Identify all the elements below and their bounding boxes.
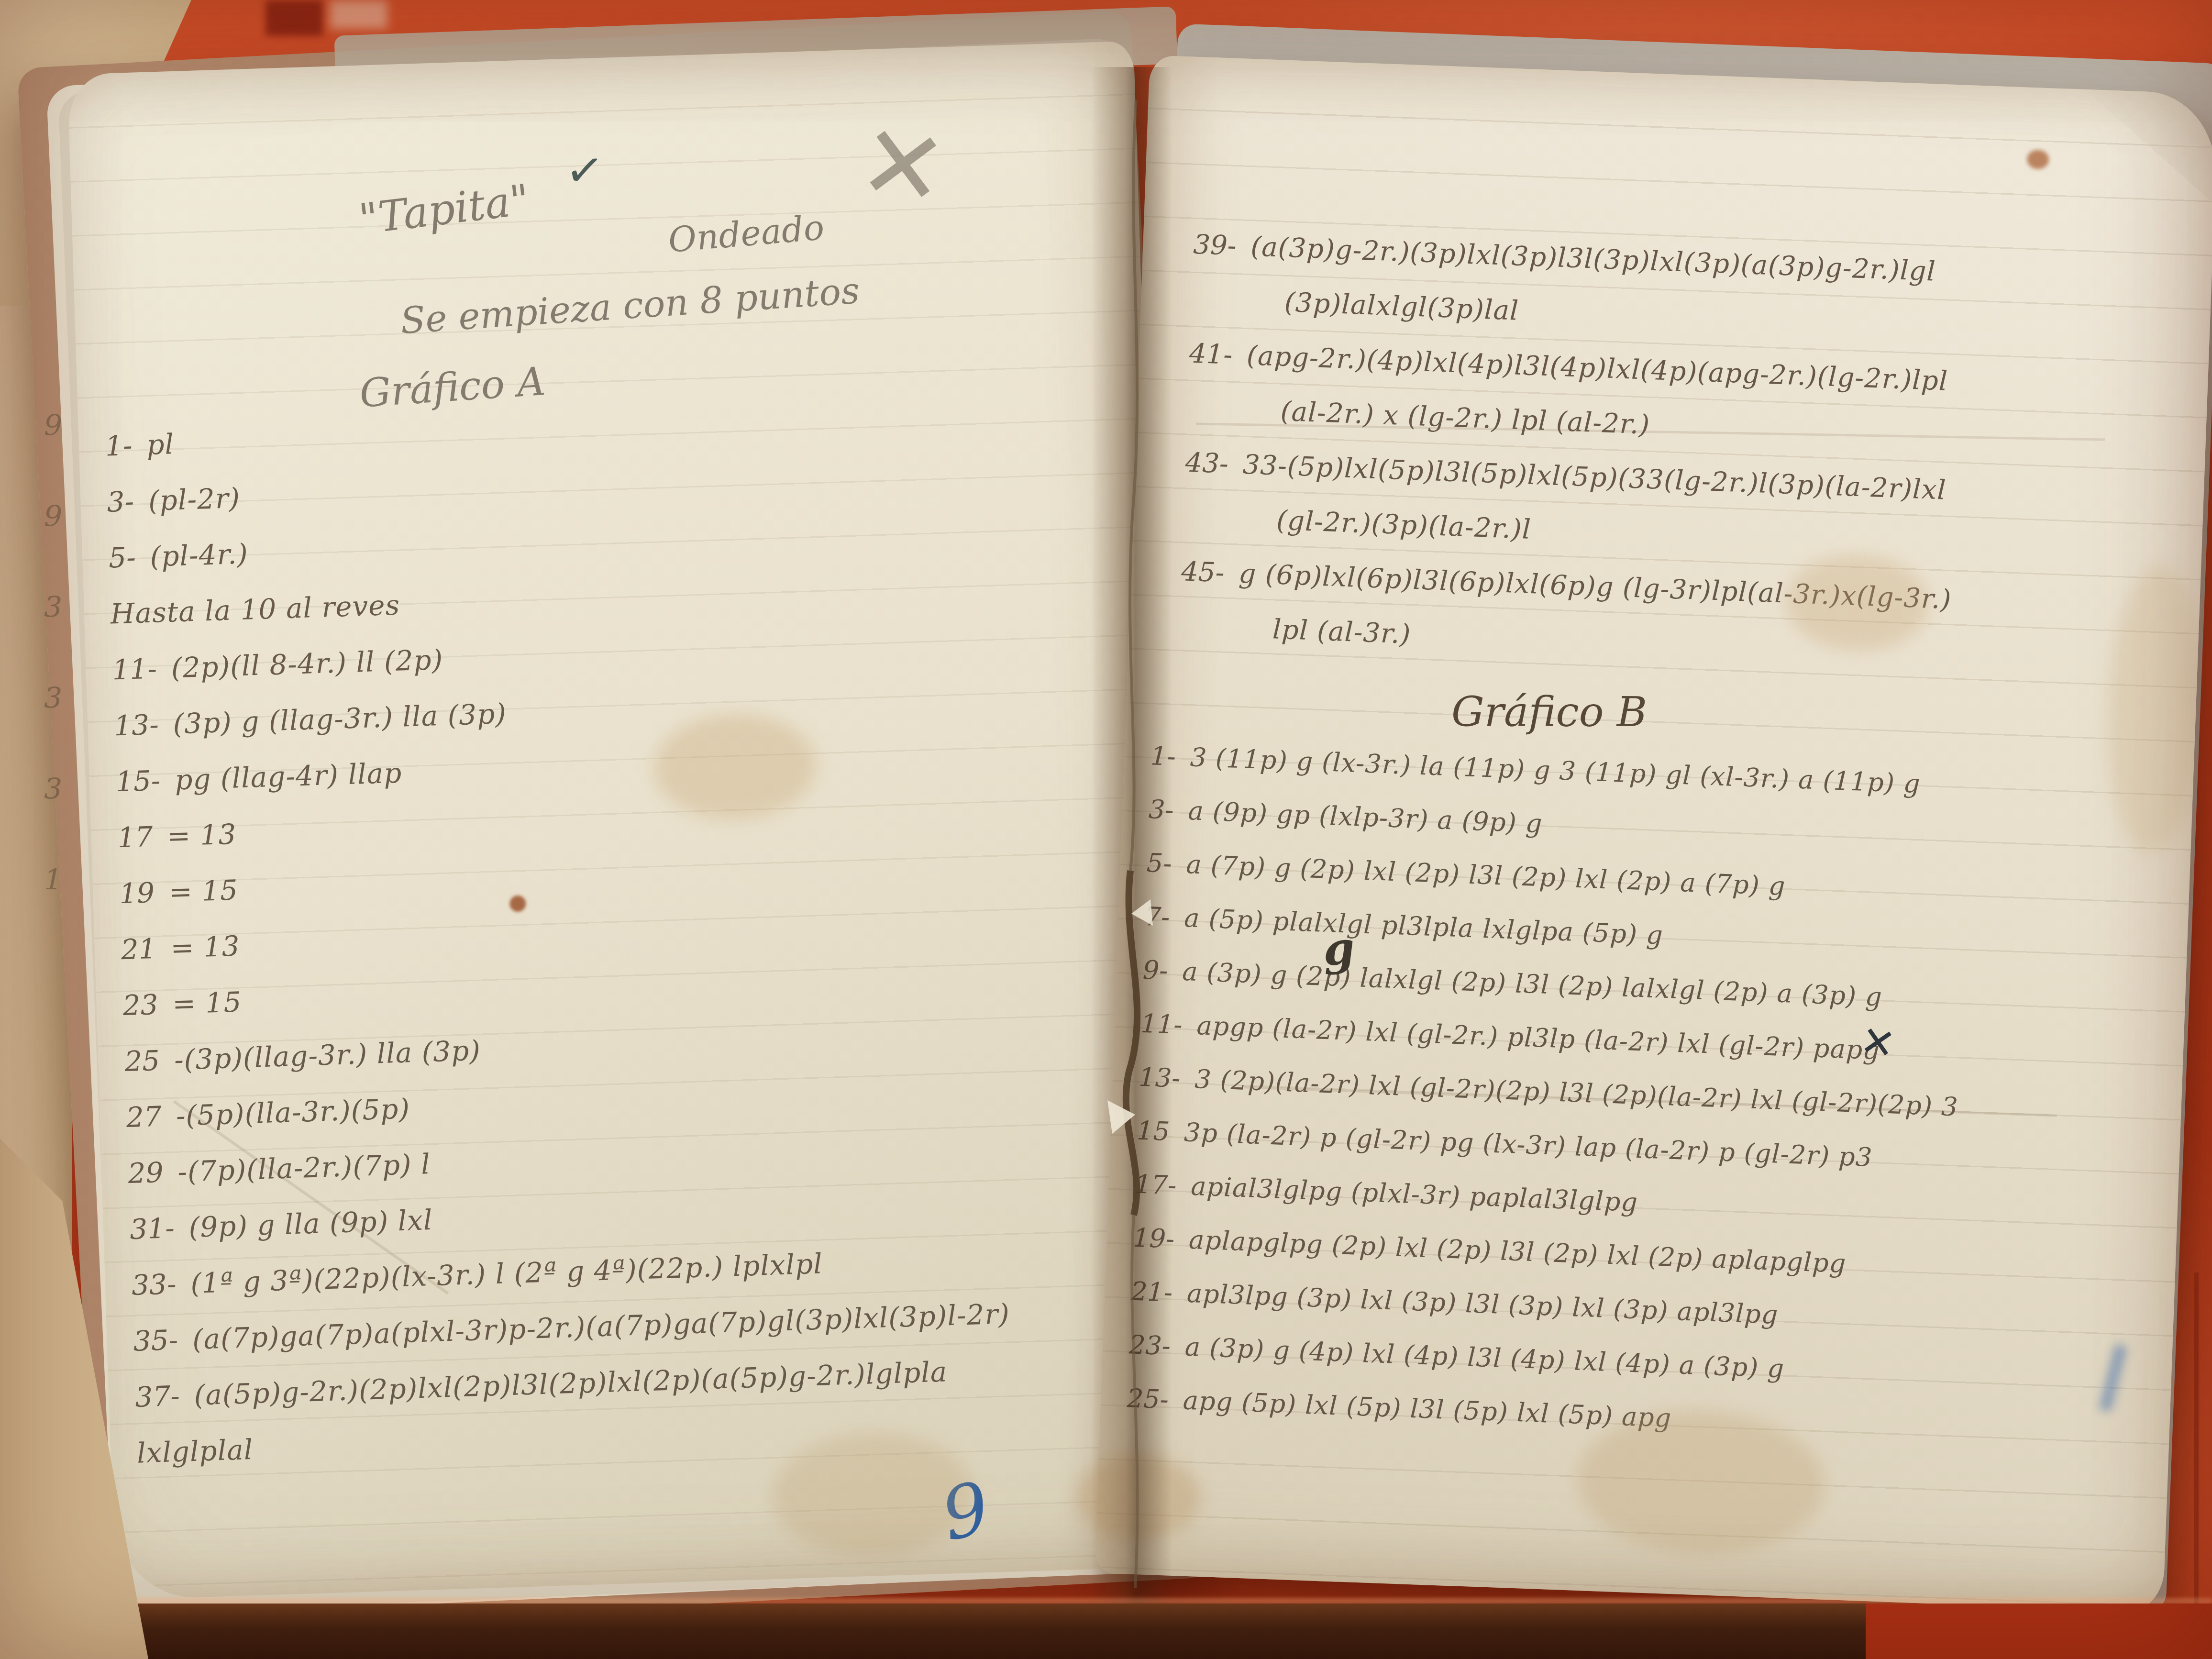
line-text: pg (llag-4r) llap xyxy=(174,757,402,796)
line-number: 33- xyxy=(131,1268,177,1302)
line-number: 11- xyxy=(112,653,157,686)
edge-digit: 9 xyxy=(44,500,62,533)
line-number: 15- xyxy=(115,764,161,798)
ink-correction-g: g xyxy=(1321,922,1356,976)
x-mark-icon: ✕ xyxy=(852,100,954,231)
background-object-light xyxy=(330,0,387,29)
line-number: 41- xyxy=(1189,338,1233,371)
line-number: 1- xyxy=(105,429,133,463)
line-text: = 13 xyxy=(166,818,237,853)
line-number: 3- xyxy=(106,485,134,519)
line-number: 19 xyxy=(119,876,155,910)
line-text: = 15 xyxy=(172,985,242,1020)
edge-digit: 1 xyxy=(44,863,62,897)
grafico-b-heading: Gráfico B xyxy=(1451,688,1647,736)
glass-edge-line xyxy=(2194,1272,2199,1617)
line-text: = 15 xyxy=(168,874,239,908)
line-text: (9p) g lla (9p) lxl xyxy=(188,1204,433,1244)
line-text: = 13 xyxy=(170,929,241,964)
notebook-title: "Tapita" xyxy=(356,175,532,244)
line-text: pl xyxy=(146,428,175,461)
page-number: 9 xyxy=(935,1466,996,1557)
line-number: 17 xyxy=(117,820,154,854)
right-page-top-lines: 39-(a(3p)g-2r.)(3p)lxl(3p)l3l(3p)lxl(3p)… xyxy=(1178,229,1964,693)
left-page-lines: 1-pl3-(pl-2r)5-(pl-4r.)Hasta la 10 al re… xyxy=(105,402,1015,1493)
right-page-lines: 1-3 (11p) g (lx-3r.) la (11p) g 3 (11p) … xyxy=(1126,741,1970,1467)
line-number: 27 xyxy=(126,1100,162,1134)
line-number: 25 xyxy=(124,1044,160,1078)
edge-digit: 3 xyxy=(44,591,62,624)
line-number: 21 xyxy=(121,932,157,966)
worn-corner xyxy=(2080,89,2212,204)
check-mark-icon: ✓ xyxy=(563,143,607,199)
line-number: 31- xyxy=(129,1212,175,1246)
line-text: -(5p)(lla-3r.)(5p) xyxy=(176,1092,410,1132)
surface-bottom-right xyxy=(1866,1604,2212,1659)
background-object-dark xyxy=(265,0,323,36)
line-text: (a(3p)g-2r.)(3p)lxl(3p)l3l(3p)lxl(3p)(a(… xyxy=(1250,231,1936,287)
bleed-through-digits: 993331 xyxy=(44,409,62,897)
line-number: 13- xyxy=(113,708,159,742)
line-number: 29 xyxy=(128,1156,164,1190)
line-text: lpl (al-3r.) xyxy=(1272,614,1412,650)
line-number: 37- xyxy=(134,1380,180,1414)
edge-digit: 3 xyxy=(44,773,62,806)
edge-digit: 3 xyxy=(44,682,62,715)
start-instruction: Se empieza con 8 puntos xyxy=(399,269,861,342)
line-number: 35- xyxy=(133,1324,178,1358)
grafico-a-heading: Gráfico A xyxy=(358,359,547,417)
line-number: 43- xyxy=(1185,447,1229,479)
line-text: (pl-2r) xyxy=(148,482,241,517)
right-page[interactable]: 39-(a(3p)g-2r.)(3p)lxl(3p)l3l(3p)lxl(3p)… xyxy=(1095,55,2212,1612)
line-text: 3 (11p) g (lx-3r.) la (11p) g 3 (11p) gl… xyxy=(1190,742,1921,799)
line-number: 39- xyxy=(1193,229,1237,262)
left-page[interactable]: "Tapita" ✓ Ondeado ✕ Se empieza con 8 pu… xyxy=(67,41,1181,1600)
title-annotation: Ondeado xyxy=(667,207,826,260)
gutter-tear xyxy=(1079,57,1189,1631)
blue-ink-smudge xyxy=(2099,1344,2127,1412)
photo-scene: 993331 "Tapita" ✓ Ondeado ✕ Se empieza c… xyxy=(0,0,2212,1659)
edge-digit: 9 xyxy=(44,409,62,442)
line-number: 23 xyxy=(122,988,159,1022)
line-text: (pl-4r.) xyxy=(150,537,249,573)
stain xyxy=(2026,149,2049,169)
line-number: 5- xyxy=(108,541,136,575)
line-text: lxlglplal xyxy=(136,1433,254,1470)
